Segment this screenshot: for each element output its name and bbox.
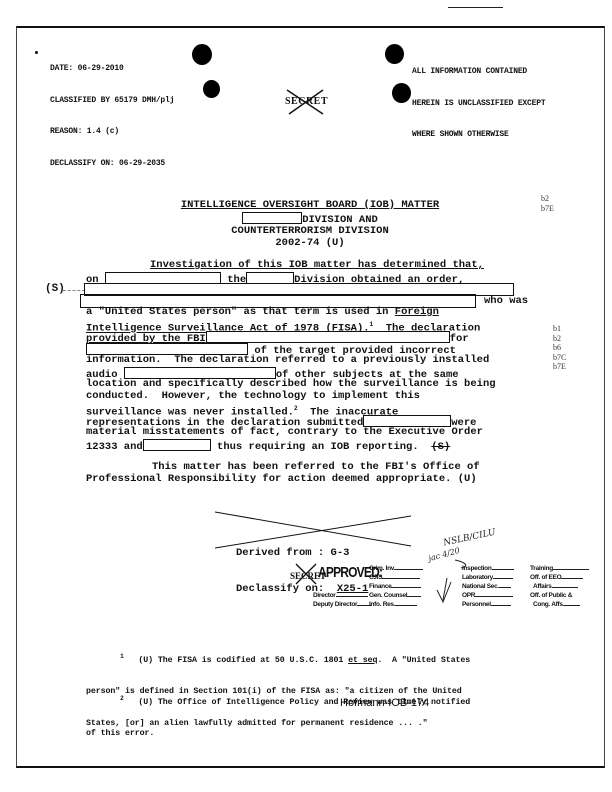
notice-line: WHERE SHOWN OTHERWISE — [412, 130, 545, 141]
exemption-code: b2 — [553, 334, 566, 344]
text-span: (U) The FISA is codified at 50 U.S.C. 18… — [138, 656, 348, 665]
redaction-box — [143, 439, 211, 451]
redaction-box — [242, 212, 302, 224]
bates-number: Hofmann-IOB-174 — [340, 697, 429, 709]
exemption-code: b7C — [553, 353, 566, 363]
routing-label: CJIS — [369, 574, 382, 581]
text-span: Foreign — [395, 306, 439, 318]
para1-line1: Investigation of this IOB matter has det… — [150, 260, 484, 272]
strikeout-x-icon — [215, 508, 415, 553]
punch-hole-mark — [385, 44, 404, 64]
exemption-codes-title: b2 b7E — [541, 194, 554, 213]
routing-col-3: Training Off. of EEO Affairs Off. of Pub… — [530, 564, 589, 609]
routing-label: Deputy Director — [313, 601, 357, 608]
struck-classification-mark: (S) — [431, 441, 450, 453]
classified-by: CLASSIFIED BY 65179 DMH/plj — [50, 96, 174, 107]
para1-line16: 12333 and thus requiring an IOB reportin… — [86, 439, 450, 454]
para1-line4-end: who was — [484, 296, 528, 308]
declass-date: DATE: 06-29-2010 — [50, 64, 174, 75]
notice-line: ALL INFORMATION CONTAINED — [412, 67, 545, 78]
notice-line: HEREIN IS UNCLASSIFIED EXCEPT — [412, 99, 545, 110]
redaction-box — [206, 331, 450, 343]
para2-line2: Professional Responsibility for action d… — [86, 474, 477, 486]
classification-marker: (S) — [45, 283, 65, 295]
routing-col-2: Inspection Laboratory National Sec. OPR … — [462, 564, 514, 609]
routing-label: Finance — [369, 583, 391, 590]
classification-header: DATE: 06-29-2010 CLASSIFIED BY 65179 DMH… — [50, 43, 174, 180]
marker-leader-line — [63, 290, 85, 291]
footnote-number: 1 — [120, 653, 124, 660]
unclassified-notice: ALL INFORMATION CONTAINED HEREIN IS UNCL… — [412, 46, 545, 151]
strikeout-x-icon — [294, 562, 320, 588]
exemption-code: b2 — [541, 194, 554, 204]
text-line: of this error. — [86, 729, 470, 740]
routing-label: Training — [530, 565, 553, 572]
routing-label: Inspection — [462, 565, 492, 572]
exemption-code: b1 — [553, 324, 566, 334]
routing-label: Gen. Counsel — [369, 592, 407, 599]
text-span: a "United States person" as that term is… — [86, 306, 395, 318]
text-span: Investigation of this IOB matter has det… — [150, 259, 484, 271]
title-line-2: DIVISION AND — [302, 214, 378, 226]
routing-label: OPR — [462, 592, 475, 599]
para1-line12: conducted. However, the technology to im… — [86, 391, 420, 403]
routing-label: Off. of EEO — [530, 574, 561, 581]
exemption-code: b7E — [553, 362, 566, 372]
classification-reason: REASON: 1.4 (c) — [50, 127, 174, 138]
para1-line5: a "United States person" as that term is… — [86, 307, 439, 319]
para1-line15: material misstatements of fact, contrary… — [86, 427, 483, 439]
text-span: 12333 and — [86, 441, 143, 453]
routing-label: Info. Res. — [369, 601, 395, 608]
document-title: INTELLIGENCE OVERSIGHT BOARD (IOB) MATTE… — [150, 200, 470, 249]
footnote-number: 2 — [120, 695, 124, 702]
footnote-2: 2 (U) The Office of Intelligence Policy … — [86, 673, 470, 750]
routing-label: Laboratory — [462, 574, 493, 581]
routing-label: Director — [313, 592, 336, 599]
routing-col-director: Director Deputy Director — [313, 591, 371, 609]
routing-label: Personnel — [462, 601, 491, 608]
routing-col-1: Crim. Inv. CJIS Finance Gen. Counsel Inf… — [369, 564, 423, 609]
strikeout-x-icon — [283, 88, 333, 116]
exemption-code: b6 — [553, 343, 566, 353]
routing-label: Crim. Inv. — [369, 565, 395, 572]
para1-line9: information. The declaration referred to… — [86, 355, 489, 367]
routing-label: Cong. Affs. — [533, 601, 564, 608]
exemption-code: b7E — [541, 204, 554, 214]
para2-line1: This matter has been referred to the FBI… — [152, 462, 480, 474]
text-span: . A "United States — [377, 656, 470, 665]
declassify-on: DECLASSIFY ON: 06-29-2035 — [50, 159, 174, 170]
secret-stamp-struck: SECRET — [283, 88, 333, 116]
routing-label: Off. of Public & — [530, 592, 572, 599]
para1-line11: location and specifically described how … — [86, 379, 496, 391]
bullet-mark — [35, 51, 38, 54]
title-line-4: 2002-74 (U) — [150, 238, 470, 250]
routing-label: Affairs — [533, 583, 552, 590]
text-span: thus requiring an IOB reporting. — [211, 441, 419, 453]
title-line-3: COUNTERTERRORISM DIVISION — [150, 226, 470, 238]
routing-label: National Sec. — [462, 583, 499, 590]
title-line-1: INTELLIGENCE OVERSIGHT BOARD (IOB) MATTE… — [181, 199, 439, 211]
punch-hole-mark — [203, 80, 220, 98]
exemption-codes-body: b1 b2 b6 b7C b7E — [553, 324, 566, 372]
text-span: et seq — [348, 656, 377, 665]
punch-hole-mark — [392, 83, 411, 103]
scan-artifact — [448, 7, 503, 8]
punch-hole-mark — [192, 44, 212, 65]
